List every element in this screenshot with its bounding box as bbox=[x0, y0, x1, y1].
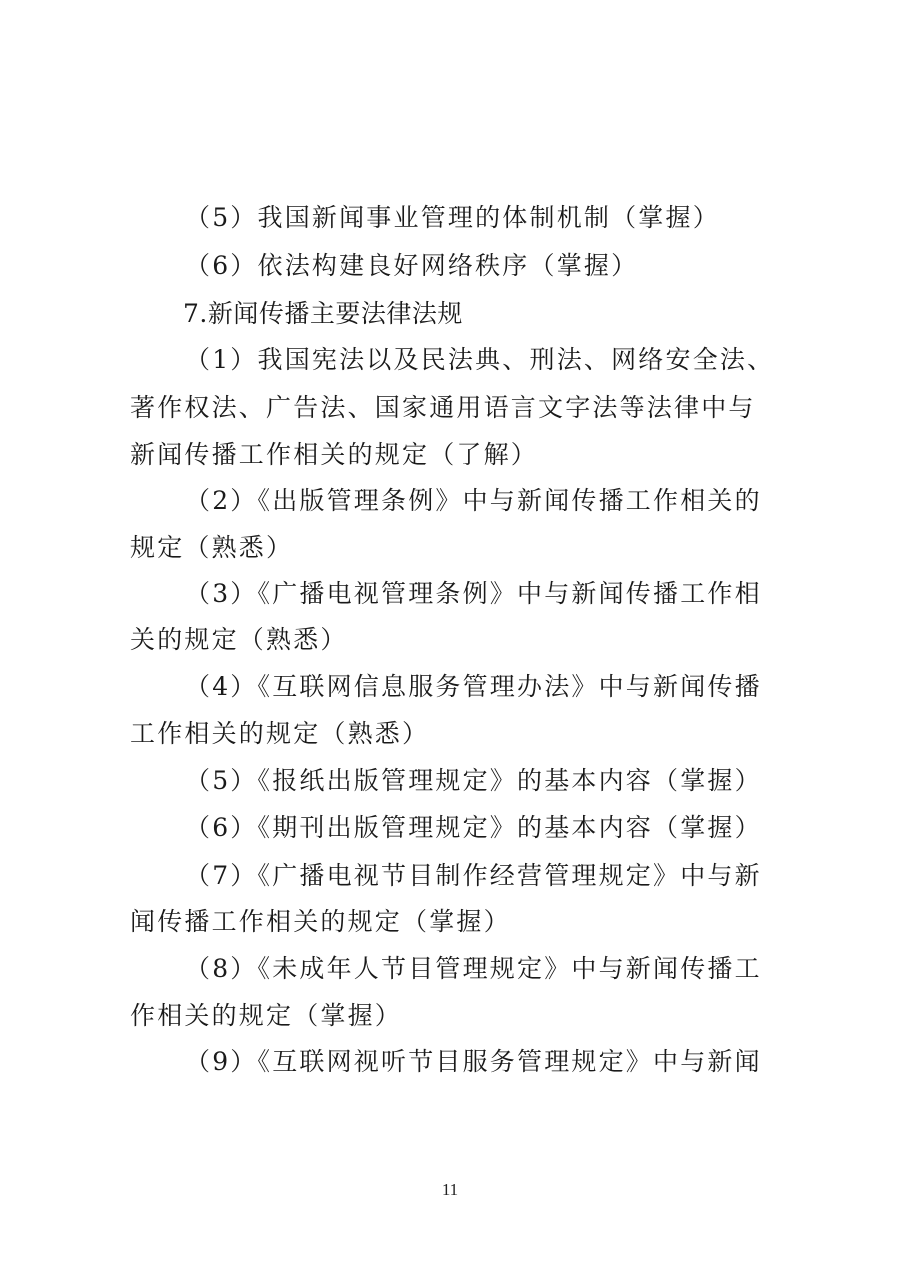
list-item-6-network-order: （6）依法构建良好网络秩序（掌握） bbox=[185, 250, 762, 282]
list-item-7-line-2: 闻传播工作相关的规定（掌握） bbox=[130, 906, 762, 938]
list-item-8-line-1: （8）《未成年人节目管理规定》中与新闻传播工 bbox=[185, 953, 762, 985]
list-item-1-line-1: （1）我国宪法以及民法典、刑法、网络安全法、 bbox=[185, 344, 762, 376]
list-item-4-line-2: 工作相关的规定（熟悉） bbox=[130, 718, 762, 750]
list-item-3-line-1: （3）《广播电视管理条例》中与新闻传播工作相 bbox=[185, 578, 762, 610]
list-item-4-line-1: （4）《互联网信息服务管理办法》中与新闻传播 bbox=[185, 671, 762, 703]
list-item-1-line-3: 新闻传播工作相关的规定（了解） bbox=[130, 439, 762, 471]
list-item-8-line-2: 作相关的规定（掌握） bbox=[130, 1000, 762, 1032]
list-item-7-line-1: （7）《广播电视节目制作经营管理规定》中与新 bbox=[185, 860, 762, 892]
section-heading-7: 7.新闻传播主要法律法规 bbox=[183, 298, 815, 330]
list-item-6-periodical: （6）《期刊出版管理规定》的基本内容（掌握） bbox=[185, 812, 762, 844]
list-item-1-line-2: 著作权法、广告法、国家通用语言文字法等法律中与 bbox=[130, 392, 762, 424]
list-item-5-management-system: （5）我国新闻事业管理的体制机制（掌握） bbox=[185, 202, 762, 234]
list-item-2-line-1: （2）《出版管理条例》中与新闻传播工作相关的 bbox=[185, 485, 762, 517]
list-item-9-line-1: （9）《互联网视听节目服务管理规定》中与新闻 bbox=[185, 1046, 762, 1078]
page-number: 11 bbox=[0, 1180, 900, 1200]
list-item-3-line-2: 关的规定（熟悉） bbox=[130, 624, 762, 656]
list-item-5-newspaper: （5）《报纸出版管理规定》的基本内容（掌握） bbox=[185, 765, 762, 797]
document-page: （5）我国新闻事业管理的体制机制（掌握） （6）依法构建良好网络秩序（掌握） 7… bbox=[0, 0, 900, 1272]
list-item-2-line-2: 规定（熟悉） bbox=[130, 532, 762, 564]
